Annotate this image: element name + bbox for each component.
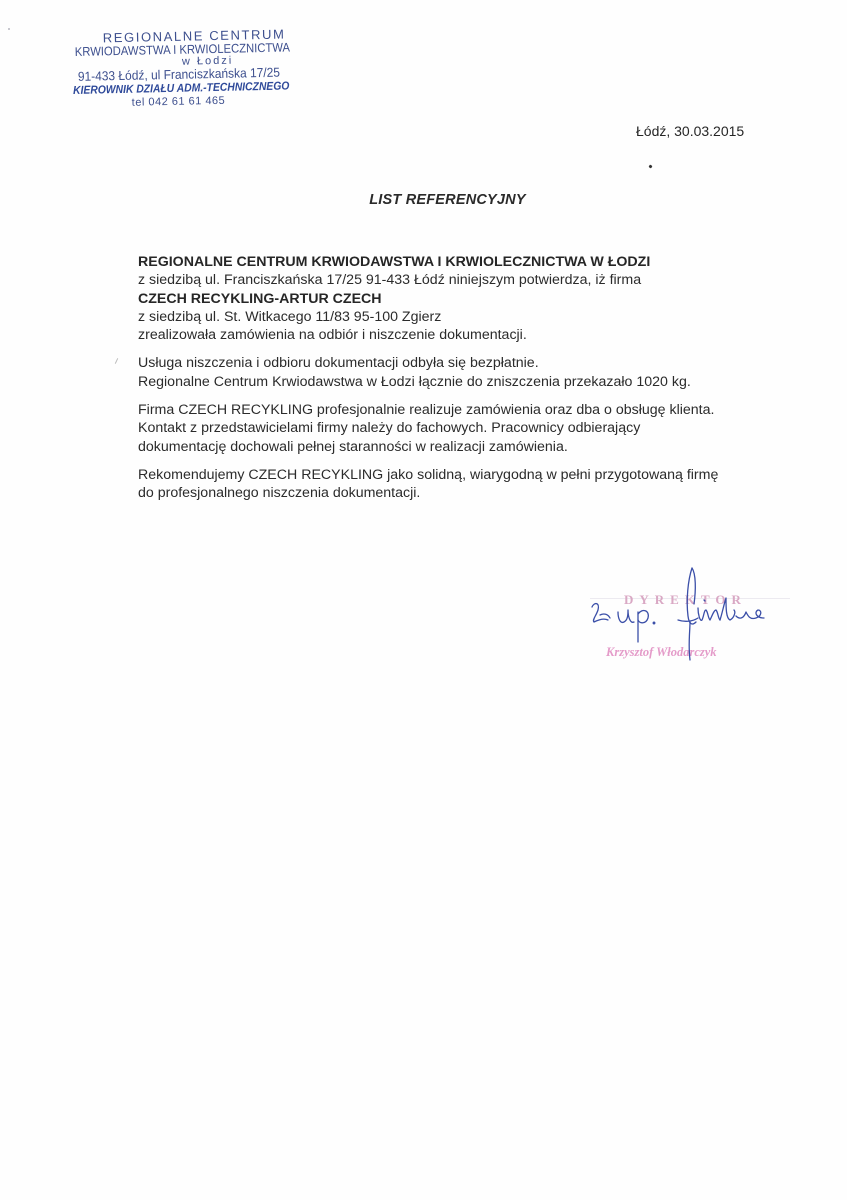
issuer-address: z siedzibą ul. Franciszkańska 17/25 91-4…	[138, 272, 641, 288]
text-line: Kontakt z przedstawicielami firmy należy…	[138, 420, 640, 436]
text-line: Regionalne Centrum Krwiodawstwa w Łodzi …	[138, 374, 691, 390]
letter-title: LIST REFERENCYJNY	[0, 192, 847, 208]
letter-page: REGIONALNE CENTRUM KRWIODAWSTWA I KRWIOL…	[0, 0, 847, 1200]
text-line: Rekomendujemy CZECH RECYKLING jako solid…	[138, 467, 718, 483]
letter-body: REGIONALNE CENTRUM KRWIODAWSTWA I KRWIOL…	[138, 253, 778, 513]
scan-speck	[8, 28, 10, 30]
ink-mark	[648, 164, 652, 168]
paragraph-intro: REGIONALNE CENTRUM KRWIODAWSTWA I KRWIOL…	[138, 253, 778, 344]
text-line: Firma CZECH RECYKLING profesjonalnie rea…	[138, 402, 714, 418]
institution-stamp: REGIONALNE CENTRUM KRWIODAWSTWA I KRWIOL…	[72, 27, 304, 111]
handwritten-signature-icon	[580, 560, 820, 670]
letter-date: Łódź, 30.03.2015	[636, 123, 744, 139]
paragraph-recommendation: Rekomendujemy CZECH RECYKLING jako solid…	[138, 466, 778, 503]
paragraph-quality: Firma CZECH RECYKLING profesjonalnie rea…	[138, 401, 778, 456]
company-name: CZECH RECYKLING-ARTUR CZECH	[138, 291, 382, 307]
text-line: Usługa niszczenia i odbioru dokumentacji…	[138, 355, 539, 371]
company-address: z siedzibą ul. St. Witkacego 11/83 95-10…	[138, 309, 441, 325]
scan-mark	[115, 358, 118, 364]
signature-block: DYREKTOR Krzysztof Włodarczyk	[580, 560, 820, 670]
issuer-name: REGIONALNE CENTRUM KRWIODAWSTWA I KRWIOL…	[138, 254, 650, 270]
text-line: do profesjonalnego niszczenia dokumentac…	[138, 485, 420, 501]
service-description: zrealizowała zamówienia na odbiór i nisz…	[138, 327, 527, 343]
paragraph-service: Usługa niszczenia i odbioru dokumentacji…	[138, 354, 778, 391]
text-line: dokumentację dochowali pełnej starannośc…	[138, 439, 568, 455]
